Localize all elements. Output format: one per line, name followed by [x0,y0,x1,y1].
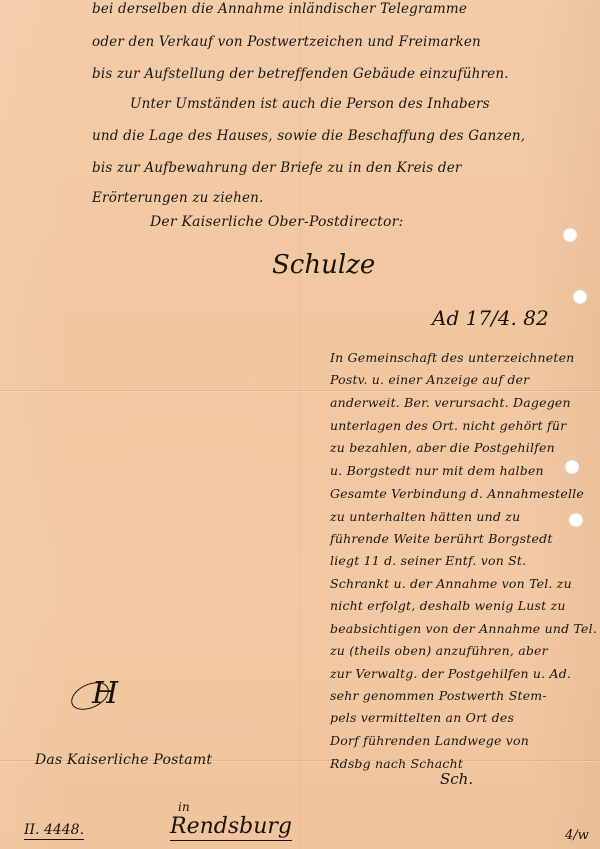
text-line: bis zur Aufstellung der betreffenden Geb… [92,66,509,82]
note-line: zu unterhalten hätten und zu [330,509,520,524]
addressee-preposition: in [178,800,190,814]
corner-mark: 4/w [565,828,589,843]
text-line: oder den Verkauf von Postwertzeichen und… [92,34,481,50]
note-line: zur Verwaltg. der Postgehilfen u. Ad. [330,666,571,681]
note-line: pels vermittelten an Ort des [330,710,514,725]
note-line: führende Weite berührt Borgstedt [330,531,553,546]
note-line: anderweit. Ber. verursacht. Dagegen [330,395,571,410]
note-line: u. Borgstedt nur mit dem halben [330,463,544,478]
text-line: und die Lage des Hauses, sowie die Besch… [92,128,525,144]
text-line: bei derselben die Annahme inländischer T… [92,1,562,17]
text-line: bis zur Aufbewahrung der Briefe zu in de… [92,160,462,176]
note-line: liegt 11 d. seiner Entf. von St. [330,553,526,568]
punch-hole [569,513,583,527]
note-line: sehr genommen Postwerth Stem- [330,688,547,703]
note-line: nicht erfolgt, deshalb wenig Lust zu [330,598,566,613]
note-line: beabsichtigen von der Annahme und Tel. [330,621,597,636]
note-line: unterlagen des Ort. nicht gehört für [330,418,566,433]
reference-number: II. 4448. [24,822,84,840]
note-line: Rdsbg nach Schacht [330,756,463,771]
punch-hole [573,290,587,304]
note-line: Dorf führenden Landwege von [330,733,529,748]
note-line: zu (theils oben) anzuführen, aber [330,643,548,658]
text-line: Unter Umständen ist auch die Person des … [130,96,490,112]
note-initials: Sch. [440,770,473,788]
addressee-flourish: H [92,676,118,711]
note-line: Postv. u. einer Anzeige auf der [330,372,529,387]
punch-hole [565,460,579,474]
note-line: zu bezahlen, aber die Postgehilfen [330,440,555,455]
addressee-city: Rendsburg [170,814,292,841]
note-line: In Gemeinschaft des unterzeichneten [330,350,574,365]
closing-title: Der Kaiserliche Ober-Postdirector: [150,214,403,230]
note-line: Gesamte Verbindung d. Annahmestelle [330,486,584,501]
addressee-label: Das Kaiserliche Postamt [35,752,212,768]
reference-date: Ad 17/4. 82 [432,306,549,330]
signature: Schulze [272,250,375,280]
text-line: Erörterungen zu ziehen. [92,190,264,206]
punch-hole [563,228,577,242]
note-line: Schrankt u. der Annahme von Tel. zu [330,576,572,591]
